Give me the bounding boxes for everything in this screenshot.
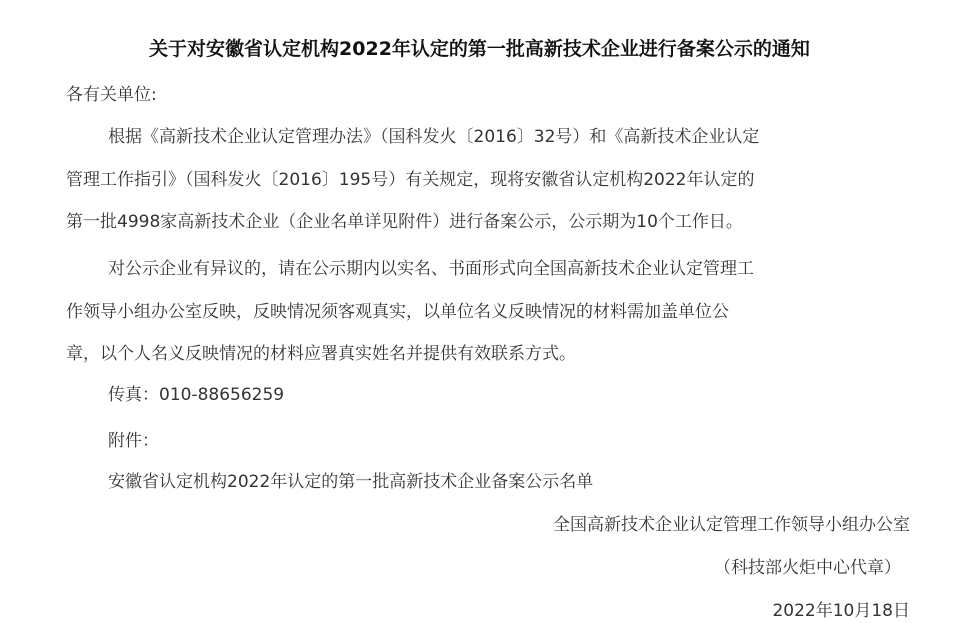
attachment-link[interactable]: 安徽省认定机构2022年认定的第一批高新技术企业备案公示名单	[108, 467, 593, 492]
paragraph-2-line-1: 对公示企业有异议的，请在公示期内以实名、书面形式向全国高新技术企业认定管理工	[108, 254, 754, 279]
paragraph-2-line-2: 作领导小组办公室反映，反映情况须客观真实，以单位名义反映情况的材料需加盖单位公	[66, 297, 729, 322]
signature-seal: （科技部火炬中心代章）	[714, 553, 901, 578]
paragraph-1-line-3: 第一批4998家高新技术企业（企业名单详见附件）进行备案公示，公示期为10个工作…	[66, 207, 743, 232]
attachment-label: 附件：	[108, 426, 159, 451]
paragraph-2-line-3: 章，以个人名义反映情况的材料应署真实姓名并提供有效联系方式。	[66, 339, 576, 364]
notice-title: 关于对安徽省认定机构2022年认定的第一批高新技术企业进行备案公示的通知	[0, 34, 959, 61]
signature-date: 2022年10月18日	[772, 596, 910, 621]
salutation: 各有关单位:	[66, 80, 157, 105]
fax-number: 传真：010-88656259	[108, 380, 284, 405]
signature-office: 全国高新技术企业认定管理工作领导小组办公室	[553, 510, 910, 535]
paragraph-1-line-1: 根据《高新技术企业认定管理办法》（国科发火〔2016〕32号）和《高新技术企业认…	[108, 122, 759, 147]
paragraph-1-line-2: 管理工作指引》（国科发火〔2016〕195号）有关规定，现将安徽省认定机构202…	[66, 165, 754, 190]
